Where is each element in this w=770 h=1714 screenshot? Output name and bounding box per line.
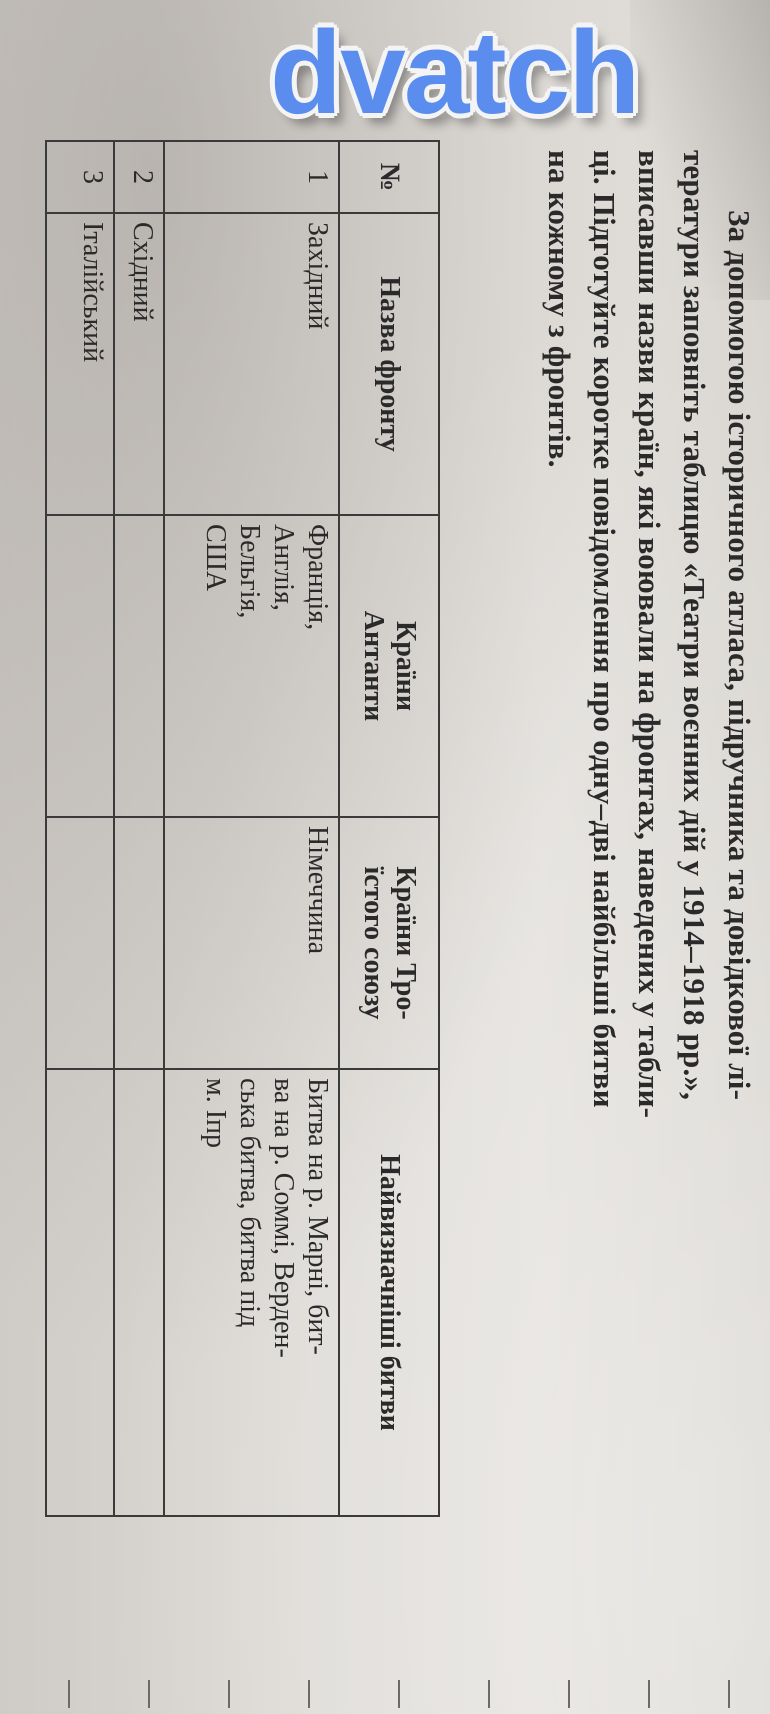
tick-mark: [228, 1680, 230, 1708]
table-header-row: № Назва фронту Країни Антанти Країни Тро…: [339, 141, 439, 1516]
central-powers-cell[interactable]: [46, 817, 114, 1069]
theatres-of-war-table: № Назва фронту Країни Антанти Країни Тро…: [45, 140, 440, 1517]
front-name-cell: Західний: [164, 213, 339, 515]
tick-mark: [648, 1680, 650, 1708]
battles-cell[interactable]: Битва на р. Марні, бит- ва на р. Соммі, …: [164, 1069, 339, 1516]
header-battles: Найвизначніші битви: [339, 1069, 439, 1516]
tick-mark: [68, 1680, 70, 1708]
watermark-logo: dvatch: [270, 8, 638, 138]
battles-line: Битва на р. Марні, бит-: [300, 1078, 334, 1507]
task-line: на кожному з фронтів.: [537, 150, 582, 1550]
task-line: За допомогою історичного атласа, підручн…: [717, 150, 762, 1550]
header-entente-line: Антанти: [357, 524, 389, 808]
battles-line: м. Іпр: [198, 1078, 232, 1507]
answer-line-ticks: [0, 1540, 770, 1710]
task-paragraph: За допомогою історичного атласа, підручн…: [537, 150, 762, 1550]
header-front-name: Назва фронту: [339, 213, 439, 515]
entente-cell[interactable]: [114, 515, 164, 817]
entente-country: Англія,: [266, 524, 300, 808]
tick-mark: [568, 1680, 570, 1708]
tick-mark: [148, 1680, 150, 1708]
table-row: 1 Західний Франція, Англія, Бельгія, США…: [164, 141, 339, 1516]
row-number: 1: [164, 141, 339, 213]
header-number: №: [339, 141, 439, 213]
header-central-powers-countries: Країни Тро- їстого союзу: [339, 817, 439, 1069]
tick-mark: [398, 1680, 400, 1708]
entente-country: Бельгія,: [232, 524, 266, 808]
battles-cell[interactable]: [46, 1069, 114, 1516]
battles-cell[interactable]: [114, 1069, 164, 1516]
battles-line: ва на р. Соммі, Верден-: [266, 1078, 300, 1507]
header-entente-line: Країни: [389, 524, 421, 808]
entente-cell[interactable]: [46, 515, 114, 817]
tick-mark: [488, 1680, 490, 1708]
front-name-cell: Східний: [114, 213, 164, 515]
row-number: 2: [114, 141, 164, 213]
row-number: 3: [46, 141, 114, 213]
entente-country: США: [198, 524, 232, 808]
battles-line: ська битва, битва під: [232, 1078, 266, 1507]
table-row: 2 Східний: [114, 141, 164, 1516]
header-central-line: Країни Тро-: [389, 826, 421, 1060]
tick-mark: [728, 1680, 730, 1708]
header-central-line: їстого союзу: [357, 826, 389, 1060]
header-entente-countries: Країни Антанти: [339, 515, 439, 817]
entente-cell[interactable]: Франція, Англія, Бельгія, США: [164, 515, 339, 817]
tick-mark: [308, 1680, 310, 1708]
central-powers-cell[interactable]: [114, 817, 164, 1069]
entente-country: Франція,: [300, 524, 334, 808]
task-line: тератури заповніть таблицю «Театри воєнн…: [672, 150, 717, 1550]
textbook-page: За допомогою історичного атласа, підручн…: [0, 0, 770, 1714]
central-powers-cell[interactable]: Німеччина: [164, 817, 339, 1069]
table-row: 3 Італійський: [46, 141, 114, 1516]
front-name-cell: Італійський: [46, 213, 114, 515]
task-line: ці. Підготуйте коротке повідомлення про …: [582, 150, 627, 1550]
task-line: вписавши назви країн, які воювали на фро…: [627, 150, 672, 1550]
